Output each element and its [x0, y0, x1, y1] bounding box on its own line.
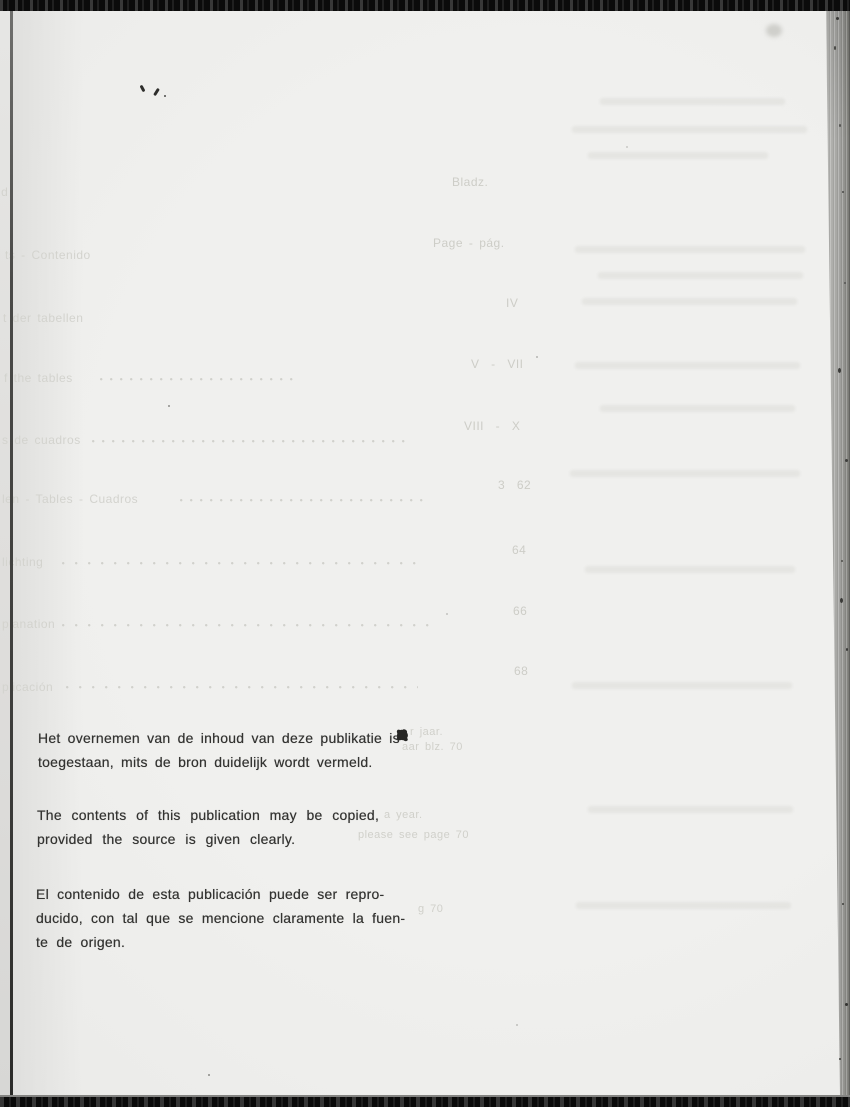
page-edge-speck — [839, 124, 841, 127]
ghost-pagenum-iv: IV — [506, 296, 518, 310]
verso-bleed-smudge — [600, 98, 785, 105]
ink-speck — [208, 1074, 210, 1076]
ink-speck — [446, 613, 448, 615]
dot-leader — [100, 378, 300, 381]
verso-bleed-smudge — [600, 405, 795, 412]
ghost-toc-tabellen-tables-cuadros: len - Tables - Cuadros — [2, 492, 138, 506]
ghost-toc-toelichting: lichting — [2, 555, 43, 569]
page-edge-speck — [842, 191, 844, 193]
page-edge-speck — [844, 282, 846, 284]
binding-edge-top — [0, 0, 850, 11]
gutter-shadow — [10, 11, 13, 1095]
page-edge-speck — [838, 368, 841, 373]
ghost-pagenum-viii-x: VIII - X — [464, 419, 520, 433]
ghost-pagenum-68: 68 — [514, 664, 528, 678]
dot-leader — [180, 499, 430, 502]
verso-bleed-smudge — [585, 566, 795, 573]
verso-bleed-smudge — [588, 806, 793, 813]
ink-speck — [516, 1024, 518, 1026]
dot-leader — [62, 624, 430, 627]
binding-edge-bottom — [0, 1095, 850, 1107]
copyright-notice-english: The contents of this publication may be … — [37, 803, 379, 851]
page-edge-speck — [846, 648, 848, 651]
ink-speck — [536, 356, 538, 358]
ghost-toc-lijst-der-tabellen: t der tabellen — [3, 311, 83, 325]
notice-line: toegestaan, mits de bron duidelijk wordt… — [38, 750, 400, 774]
ghost-toc-contents-contenido: ts - Contenido — [5, 248, 91, 262]
ghost-pagenum-v-vii: V - VII — [471, 357, 524, 371]
page-edge-speck — [834, 46, 836, 50]
ghost-pagenum-66: 66 — [513, 604, 527, 618]
verso-bleed-smudge — [572, 682, 792, 689]
notice-line: provided the source is given clearly. — [37, 827, 379, 851]
page-edge-speck — [840, 598, 843, 603]
ghost-toc-list-of-the-tables: f the tables — [4, 371, 73, 385]
page-edge-speck — [845, 459, 848, 462]
ghost-col-header-bladz: Bladz. — [452, 175, 488, 189]
dot-leader — [62, 562, 422, 565]
page-edge-speck — [836, 17, 839, 20]
ink-speck — [164, 95, 166, 97]
copyright-notice-dutch: Het overnemen van de inhoud van deze pub… — [38, 726, 400, 774]
page-edge-speck — [841, 560, 843, 562]
verso-bleed-smudge — [598, 272, 803, 279]
verso-bleed-smudge — [588, 152, 768, 159]
ghost-toc-lista-de-cuadros: s de cuadros — [2, 433, 81, 447]
notice-line: te de origen. — [36, 930, 405, 954]
page-edge-speck — [842, 903, 844, 905]
verso-bleed-smudge — [570, 470, 800, 477]
notice-line: The contents of this publication may be … — [37, 803, 379, 827]
verso-bleed-smudge — [582, 298, 797, 305]
ink-speck — [168, 405, 170, 407]
notice-line: Het overnemen van de inhoud van deze pub… — [38, 726, 400, 750]
ghost-pagenum-64: 64 — [512, 543, 526, 557]
dot-leader — [92, 440, 412, 443]
ghost-col-header-page-pag: Page - pág. — [433, 236, 505, 250]
notice-line: El contenido de esta publicación puede s… — [36, 882, 405, 906]
verso-bleed-smudge — [575, 246, 805, 253]
ghost-note-pag-70: g 70 — [418, 903, 443, 915]
verso-bleed-smudge — [575, 362, 800, 369]
ink-speck — [626, 146, 628, 148]
copyright-notice-spanish: El contenido de esta publicación puede s… — [36, 882, 405, 954]
ghost-note-jaar-blz-70: aar blz. 70 — [402, 741, 463, 753]
page-edge-speck — [845, 1003, 848, 1006]
page-edge-speck — [839, 1058, 841, 1060]
ghost-note-jaar: r jaar. — [410, 726, 443, 738]
ghost-note-a-year: a year. — [384, 809, 423, 821]
ghost-toc-heading-fragment: ud — [0, 185, 8, 199]
ghost-pagenum-3-62: 3 62 — [498, 478, 531, 492]
dot-leader — [66, 686, 418, 689]
verso-bleed-smudge — [572, 126, 807, 133]
book-scan: ud ts - Contenido t der tabellen f the t… — [0, 0, 850, 1107]
verso-bleed-smudge — [576, 902, 791, 909]
notice-line: ducido, con tal que se mencione claramen… — [36, 906, 405, 930]
paper-smudge — [766, 24, 782, 37]
